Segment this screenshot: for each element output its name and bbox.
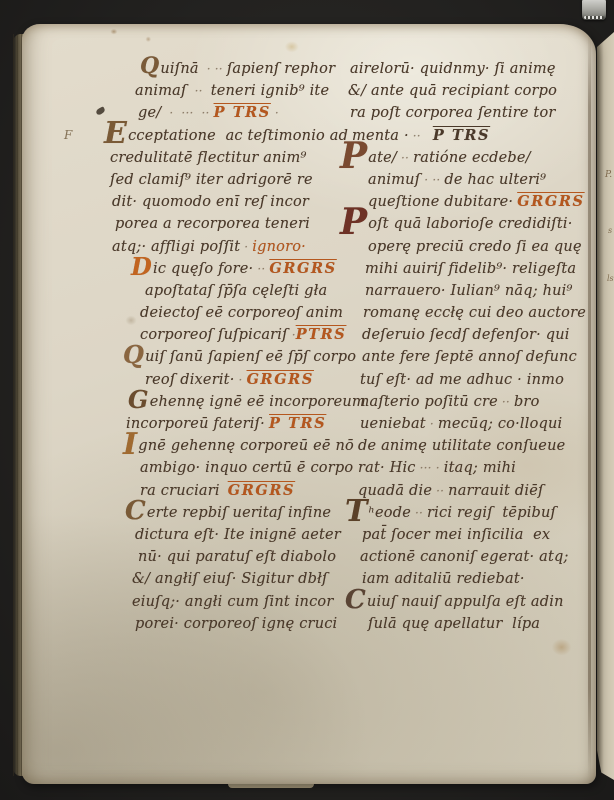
faint-erasure: · ··	[199, 62, 227, 76]
text-run: narrauit diēſ	[448, 483, 543, 499]
text-run: airelorū· quidnmy· ſi animę	[350, 61, 556, 77]
rubric: GRGRS	[517, 193, 584, 210]
text-line: queſtione dubitare· GRGRS	[340, 191, 598, 213]
text-run: ra cruciari	[140, 483, 220, 499]
text-line: dictura eſt· Ite inignē aeter	[96, 524, 354, 546]
text-line: porea a recorporea teneri	[96, 213, 354, 235]
text-line: ante fere ſeptē annoſ defunc	[340, 346, 598, 368]
text-line: Dic quęſo fore· ·· GRGRS	[96, 258, 354, 280]
text-run: incorporeū fateriſ·	[126, 416, 265, 432]
faint-erasure: ·	[235, 373, 247, 387]
text-run: bro	[514, 394, 540, 410]
text-run: credulitatē flectitur anim⁹	[110, 150, 306, 166]
text-line: deſeruio ſecdſ defenſor· qui	[340, 324, 598, 346]
text-line: eiuſq;· angłi cum ſint incor	[96, 591, 354, 613]
text-line: mihi auiriſ fidelib⁹· religeſta	[340, 258, 598, 280]
text-line: Certe repbiſ ueritaſ infine	[96, 502, 354, 524]
text-run: reoſ dixerit·	[145, 372, 235, 388]
faint-erasure: ·	[426, 417, 438, 431]
drop-initial: Q	[123, 340, 144, 369]
text-line: porei· corporeoſ ignę cruci	[96, 613, 354, 635]
manuscript-page: Quiſnā · ·· ſapienſ rephoranimaſ ·· tene…	[22, 24, 596, 784]
text-run: quadā die	[358, 483, 432, 499]
text-run: ſulā quę apellatur lípa	[368, 616, 540, 632]
faint-erasure: ··	[432, 484, 448, 498]
text-line: nū· qui paratuſ eſt diabolo	[96, 546, 354, 568]
text-run: tuſ eſt· ad me adhuc · inmo	[360, 372, 564, 388]
text-line: romanę eccłę cui deo auctore	[340, 302, 598, 324]
text-run: ge/	[138, 105, 161, 121]
text-line: menta · ·· P TRS	[340, 125, 598, 147]
text-line: animaſ ·· teneri ignib⁹ ite	[96, 80, 354, 102]
text-line: Ignē gehennę corporeū eē nō	[96, 435, 354, 457]
text-run: ra poſt corporea ſentire tor	[350, 105, 556, 121]
text-run: de hac ulteri⁹	[444, 172, 546, 188]
text-line: pat̄ ſocer mei inſicilia ex	[340, 524, 598, 546]
text-run: uiuſ nauiſ appulſa eſt adin	[367, 594, 564, 610]
text-run: romanę eccłę cui deo auctore	[363, 305, 586, 321]
faint-erasure: ··	[498, 395, 514, 409]
text-run: narrauero· Iulian⁹ nāq; hui⁹	[365, 283, 573, 299]
text-run: queſtione dubitare·	[368, 194, 513, 210]
text-line: operę preciū credo ſi ea quę	[340, 236, 598, 258]
margin-mark-s2: ls	[607, 274, 614, 283]
text-line: de animę utilitate conſueue	[340, 435, 598, 457]
text-line: Quiſ ſanū ſapienſ eē ſp̄ſ corpo	[96, 346, 354, 368]
text-run: ueniebat	[360, 416, 426, 432]
text-line: airelorū· quidnmy· ſi animę	[340, 58, 598, 80]
text-run: dit· quomodo enī reſ incor	[112, 194, 309, 210]
drop-initial: C	[125, 496, 146, 526]
text-run: deiectoſ eē corporeoſ anim	[140, 305, 343, 321]
text-run: uiſnā	[160, 61, 198, 77]
text-run: de animę utilitate conſueue	[358, 438, 565, 454]
rubric: P TRS	[214, 104, 271, 121]
margin-mark-f: F	[64, 128, 72, 142]
text-run: deſeruio ſecdſ defenſor· qui	[362, 327, 570, 343]
drop-initial: D	[131, 252, 152, 281]
text-run: pat̄ ſocer mei inſicilia ex	[362, 527, 550, 543]
text-line: ueniebat · mecūq; co·lloqui	[340, 413, 598, 435]
text-run: animuſ	[368, 172, 420, 188]
text-run: ate/	[368, 150, 397, 166]
text-line: ſed clamiſ⁹ iter adrigorē re	[96, 169, 354, 191]
text-run: ehennę ignē eē incorporeum	[150, 394, 366, 410]
manuscript-photo: Quiſnā · ·· ſapienſ rephoranimaſ ·· tene…	[0, 0, 614, 800]
text-line: ſulā quę apellatur lípa	[340, 613, 598, 635]
text-run: actionē canoniſ egerat· atq;	[360, 549, 569, 565]
text-line: Poſt quā laborioſe credidiſti·	[340, 213, 598, 235]
text-run: &/ ante quā recipiant corpo	[348, 83, 557, 99]
faint-erasure: ··	[397, 151, 413, 165]
faint-erasure: ·	[271, 106, 279, 120]
text-line: credulitatē flectitur anim⁹	[96, 147, 354, 169]
text-run: dictura eſt· Ite inignē aeter	[135, 527, 341, 543]
text-run: ratióne ecdebe/	[413, 150, 531, 166]
text-run: naſterio poſitū cre	[360, 394, 498, 410]
text-line: Quiſnā · ·· ſapienſ rephor	[96, 58, 354, 80]
margin-mark-p: P.	[605, 170, 612, 180]
faint-erasure: ··	[409, 129, 433, 143]
rubric: PTRS	[296, 326, 347, 343]
right-column: airelorū· quidnmy· ſi animę&/ ante quā r…	[340, 58, 598, 635]
text-line: animuſ · ·· de hac ulteri⁹	[340, 169, 598, 191]
text-run: animaſ	[135, 83, 187, 99]
text-run: corporeoſ ſuſpicariſ	[140, 327, 288, 343]
text-run: ſed clamiſ⁹ iter adrigorē re	[110, 172, 313, 188]
text-line: Cuiuſ nauiſ appulſa eſt adin	[340, 591, 598, 613]
text-run: porei· corporeoſ ignę cruci	[135, 616, 337, 632]
margin-mark-s1: s	[608, 226, 612, 235]
drop-initial: G	[128, 385, 149, 414]
text-run: iam aditaliū rediebat·	[362, 571, 525, 587]
left-column: Quiſnā · ·· ſapienſ rephoranimaſ ·· tene…	[96, 58, 354, 635]
binding-clasp	[582, 0, 606, 20]
faint-erasure: ··	[187, 84, 211, 98]
faint-erasure: ··· ·	[416, 461, 444, 475]
text-run: apoſtataſ ſp̄ſa cęleſti gła	[145, 283, 327, 299]
text-run: &/ angłiſ eiuſ· Sigitur dbłſ	[132, 571, 328, 587]
text-line: quadā die ·· narrauit diēſ	[340, 480, 598, 502]
text-run: rici regiſ tēpibuſ	[427, 505, 556, 521]
rubric: GRGRS	[247, 371, 314, 388]
text-run: ic quęſo fore·	[153, 261, 253, 277]
text-run: ʰeode	[369, 505, 411, 521]
text-run: rat· Hic	[358, 460, 416, 476]
text-run: itaq; mihi	[444, 460, 516, 476]
faint-erasure: · ··· ··	[161, 106, 213, 120]
rubric: P TRS	[269, 415, 326, 432]
text-line: ra poſt corporea ſentire tor	[340, 102, 598, 124]
text-run: uiſ ſanū ſapienſ eē ſp̄ſ corpo	[145, 349, 356, 365]
text-line: apoſtataſ ſp̄ſa cęleſti gła	[96, 280, 354, 302]
text-line: &/ ante quā recipiant corpo	[340, 80, 598, 102]
text-run: eiuſq;· angłi cum ſint incor	[132, 594, 333, 610]
text-run: operę preciū credo ſi ea quę	[368, 239, 582, 255]
text-run: ambigo· inquo certū ē corpo	[140, 460, 353, 476]
text-line: Ecceptatione ac teſtimonio ad	[96, 125, 354, 147]
rubric: GRGRS	[228, 482, 295, 499]
abbreviation: P TRS	[433, 127, 490, 144]
text-line: Tʰeode ·· rici regiſ tēpibuſ	[340, 502, 598, 524]
text-line: iam aditaliū rediebat·	[340, 568, 598, 590]
text-run: erte repbiſ ueritaſ infine	[147, 505, 331, 521]
text-line: ambigo· inquo certū ē corpo	[96, 457, 354, 479]
text-line: &/ angłiſ eiuſ· Sigitur dbłſ	[96, 568, 354, 590]
text-run: ſapienſ rephor	[227, 61, 335, 77]
drop-initial: C	[345, 585, 366, 615]
text-line: actionē canoniſ egerat· atq;	[340, 546, 598, 568]
drop-initial: Q	[140, 53, 159, 79]
next-page-edge	[597, 32, 614, 780]
rubric: ignoro·	[252, 239, 306, 255]
text-run: gnē gehennę corporeū eē nō	[138, 438, 354, 454]
text-line: tuſ eſt· ad me adhuc · inmo	[340, 369, 598, 391]
text-line: deiectoſ eē corporeoſ anim	[96, 302, 354, 324]
text-line: dit· quomodo enī reſ incor	[96, 191, 354, 213]
faint-erasure	[220, 484, 228, 498]
text-line: Gehennę ignē eē incorporeum	[96, 391, 354, 413]
faint-erasure: · ··	[420, 173, 444, 187]
drop-initial: E	[104, 116, 127, 151]
text-line: Pate/ ·· ratióne ecdebe/	[340, 147, 598, 169]
text-run: mecūq; co·lloqui	[438, 416, 563, 432]
text-line: rat· Hic ··· · itaq; mihi	[340, 457, 598, 479]
rubric: GRGRS	[269, 260, 336, 277]
text-line: naſterio poſitū cre ·· bro	[340, 391, 598, 413]
faint-erasure: ·	[288, 328, 296, 342]
text-run: mihi auiriſ fidelib⁹· religeſta	[365, 261, 576, 277]
text-run: teneri ignib⁹ ite	[211, 83, 330, 99]
text-line: narrauero· Iulian⁹ nāq; hui⁹	[340, 280, 598, 302]
text-line: ge/ · ··· ·· P TRS ·	[96, 102, 354, 124]
text-run: oſt quā laborioſe credidiſti·	[368, 216, 572, 232]
faint-erasure: ··	[411, 506, 427, 520]
faint-erasure: ·	[240, 240, 252, 254]
text-run: nū· qui paratuſ eſt diabolo	[138, 549, 336, 565]
text-run: porea a recorporea teneri	[115, 216, 310, 232]
text-run: ante fere ſeptē annoſ defunc	[362, 349, 577, 365]
text-run: cceptatione ac teſtimonio ad	[128, 128, 348, 144]
faint-erasure: ··	[253, 262, 269, 276]
